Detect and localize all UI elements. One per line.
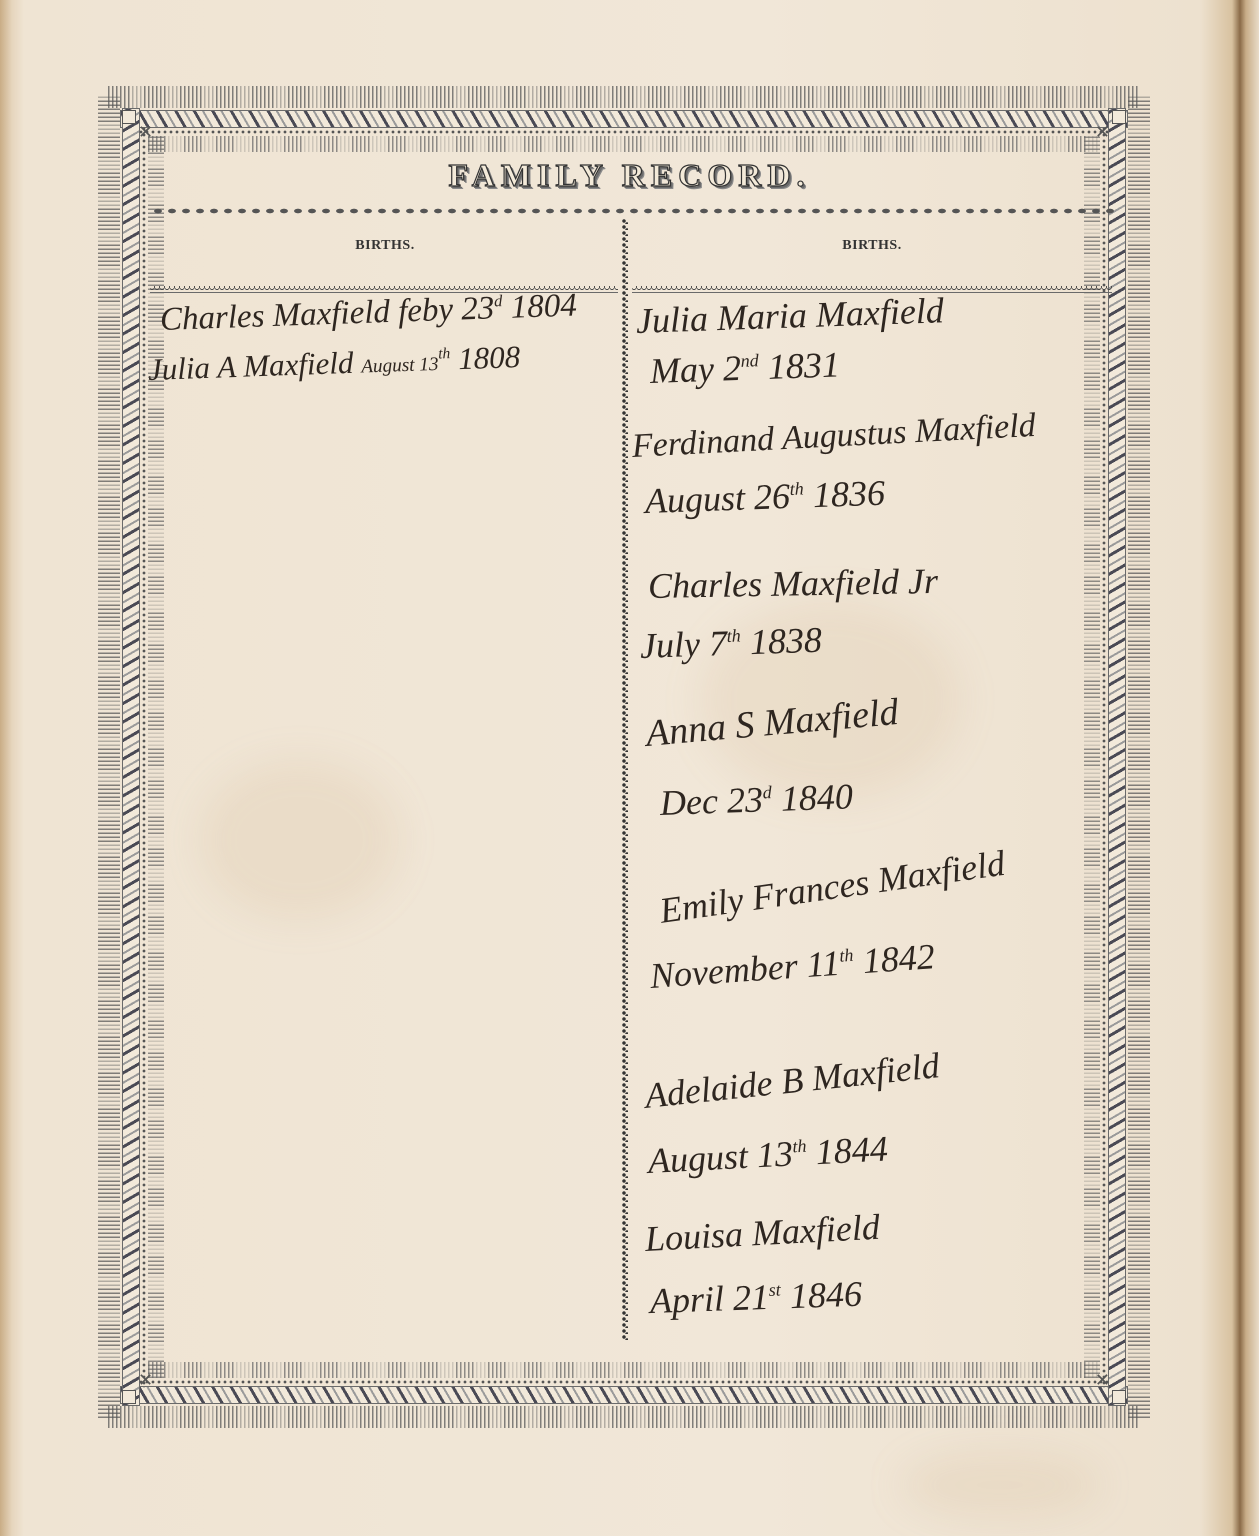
entry-date-suffix: th: [726, 625, 741, 645]
entry-year: 1840: [780, 776, 853, 818]
entry-date: feby 23: [398, 290, 495, 329]
entry-date-suffix: th: [839, 945, 854, 966]
entry-name: Julia A Maxfield: [147, 345, 354, 387]
page-title: FAMILY RECORD.: [0, 157, 1259, 194]
rope-border-top: [120, 110, 1128, 128]
entry-name: Charles Maxfield: [159, 294, 390, 338]
entry-date-suffix: th: [789, 478, 804, 498]
inner-fringe-top: [148, 136, 1100, 152]
corner-square-icon: [1112, 1390, 1126, 1404]
entry-date-suffix: st: [768, 1279, 781, 1299]
entry-date-suffix: d: [494, 291, 503, 310]
entry-date-suffix: d: [762, 782, 772, 802]
entry-year: 1838: [749, 620, 822, 662]
entry-year: 1831: [767, 344, 840, 386]
entry-date: April 21: [649, 1277, 769, 1321]
inner-fringe-bottom: [148, 1362, 1100, 1378]
rope-border-bottom: [120, 1386, 1128, 1404]
entry-year: 1846: [789, 1274, 862, 1316]
column-heading-births-left: BIRTHS.: [150, 238, 620, 254]
border-fringe-left: [98, 96, 120, 1418]
birth-entry-date: May 2nd 1831: [649, 343, 840, 392]
entry-date: May 2: [649, 348, 741, 391]
entry-date-suffix: th: [438, 345, 451, 362]
border-fringe-top: [108, 86, 1140, 108]
rope-border-right: [1108, 108, 1126, 1406]
entry-date: Dec 23: [659, 779, 763, 823]
entry-date-suffix: nd: [740, 350, 759, 371]
entry-year: 1804: [510, 287, 577, 325]
entry-year: 1842: [861, 936, 936, 981]
birth-entry-date: August 26th 1836: [644, 472, 885, 522]
entry-date: July 7: [639, 623, 727, 666]
corner-square-icon: [122, 110, 136, 124]
dot-row-top: [138, 130, 1110, 134]
birth-entry-date: April 21st 1846: [649, 1273, 862, 1322]
dot-row-right: [1102, 126, 1106, 1388]
entry-date: August 13: [361, 354, 439, 378]
corner-square-icon: [1112, 110, 1126, 124]
birth-entry-date: July 7th 1838: [639, 619, 822, 667]
birth-entry-date: Dec 23d 1840: [659, 775, 853, 824]
border-fringe-bottom: [108, 1406, 1140, 1428]
border-fringe-right: [1128, 96, 1150, 1418]
corner-star-icon: ✕: [1095, 124, 1110, 142]
chain-divider: [150, 205, 1118, 217]
inner-fringe-right: [1084, 136, 1100, 1378]
entry-date-suffix: th: [792, 1136, 807, 1157]
column-divider: [622, 218, 630, 1340]
entry-year: 1836: [812, 473, 885, 515]
dot-row-bottom: [138, 1380, 1110, 1384]
entry-date: August 26: [644, 476, 790, 521]
corner-star-icon: ✕: [1095, 1372, 1110, 1390]
entry-year: 1844: [815, 1128, 889, 1172]
entry-year: 1808: [458, 339, 521, 376]
paper-stain: [900, 1450, 1100, 1520]
corner-star-icon: ✕: [138, 124, 153, 142]
entry-date: August 13: [647, 1133, 794, 1181]
rope-border-left: [122, 108, 140, 1406]
corner-star-icon: ✕: [138, 1372, 153, 1390]
column-heading-births-right: BIRTHS.: [632, 238, 1112, 254]
birth-entry-name: Charles Maxfield Jr: [648, 560, 939, 607]
corner-square-icon: [122, 1390, 136, 1404]
dot-row-left: [142, 126, 146, 1388]
